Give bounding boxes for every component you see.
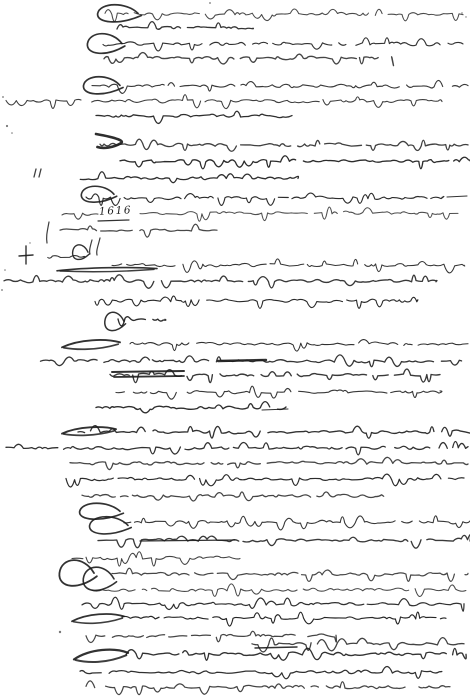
handwriting-line [70, 457, 468, 469]
handwriting-line [48, 256, 85, 259]
handwriting-line [124, 516, 470, 530]
handwriting-line [122, 612, 446, 626]
ditto-mark [34, 169, 36, 177]
handwriting-line [4, 275, 437, 288]
handwriting-ink-layer [0, 0, 470, 699]
handwriting-line [62, 213, 98, 219]
handwriting-line [92, 80, 468, 93]
handwriting-line [92, 584, 466, 597]
paper-speck [6, 125, 8, 127]
paper-speck [209, 2, 211, 4]
paper-speck [1, 289, 3, 291]
paper-speck [4, 269, 6, 271]
handwriting-line [103, 38, 463, 51]
year-annotation-1616: 1616 [99, 205, 133, 217]
ink-tick-mark [97, 238, 100, 255]
handwriting-line [126, 648, 466, 660]
handwriting-line [86, 631, 336, 642]
handwriting-line [130, 340, 468, 352]
paper-speck [29, 242, 30, 243]
paper-speck [2, 96, 4, 98]
initial-flourish-swash [76, 655, 127, 662]
handwriting-line [95, 296, 418, 308]
strike-underline-mark [112, 371, 184, 372]
strike-underline-mark [447, 196, 467, 197]
initial-flourish-swash [74, 618, 123, 623]
handwriting-line [80, 172, 298, 183]
handwriting-line [72, 552, 240, 566]
handwriting-line [78, 426, 470, 439]
strike-underline-mark [262, 409, 288, 410]
ink-tick-mark [47, 222, 49, 243]
paper-speck [465, 16, 466, 17]
handwriting-line [116, 386, 442, 399]
handwriting-line [6, 95, 442, 109]
strike-underline-mark [114, 376, 184, 377]
strike-underline-mark [255, 647, 297, 648]
paper-speck [11, 132, 13, 134]
handwriting-line [86, 681, 450, 695]
handwriting-line [96, 402, 286, 413]
strike-underline-mark [98, 220, 129, 221]
initial-flourish-swash [64, 344, 119, 349]
handwriting-line [100, 139, 468, 151]
handwriting-line [140, 207, 458, 221]
handwriting-line [117, 22, 253, 30]
initial-flourish-swash [90, 517, 132, 534]
strike-underline-mark [218, 360, 266, 361]
handwriting-line [86, 193, 444, 205]
handwriting-line [60, 224, 217, 237]
initial-flourish-swash [59, 560, 97, 586]
handwriting-line [120, 156, 470, 169]
handwriting-line [96, 111, 292, 123]
handwriting-line [252, 638, 464, 652]
handwriting-line [82, 597, 464, 611]
initial-flourish-swash [105, 312, 126, 330]
handwriting-line [112, 259, 465, 273]
ink-tick-mark [90, 240, 92, 254]
paper-speck [461, 12, 463, 14]
handwriting-line [66, 474, 464, 487]
handwriting-line [6, 441, 468, 454]
manuscript-page: 1616 [0, 0, 470, 699]
handwriting-line [82, 492, 384, 501]
handwriting-line [112, 568, 468, 581]
margin-cross-mark [19, 255, 33, 256]
handwriting-line [105, 9, 463, 21]
handwriting-line [80, 667, 442, 679]
paper-speck [59, 631, 61, 633]
handwriting-line [104, 53, 394, 66]
initial-flourish-swash [83, 567, 116, 590]
ditto-mark [39, 169, 41, 177]
